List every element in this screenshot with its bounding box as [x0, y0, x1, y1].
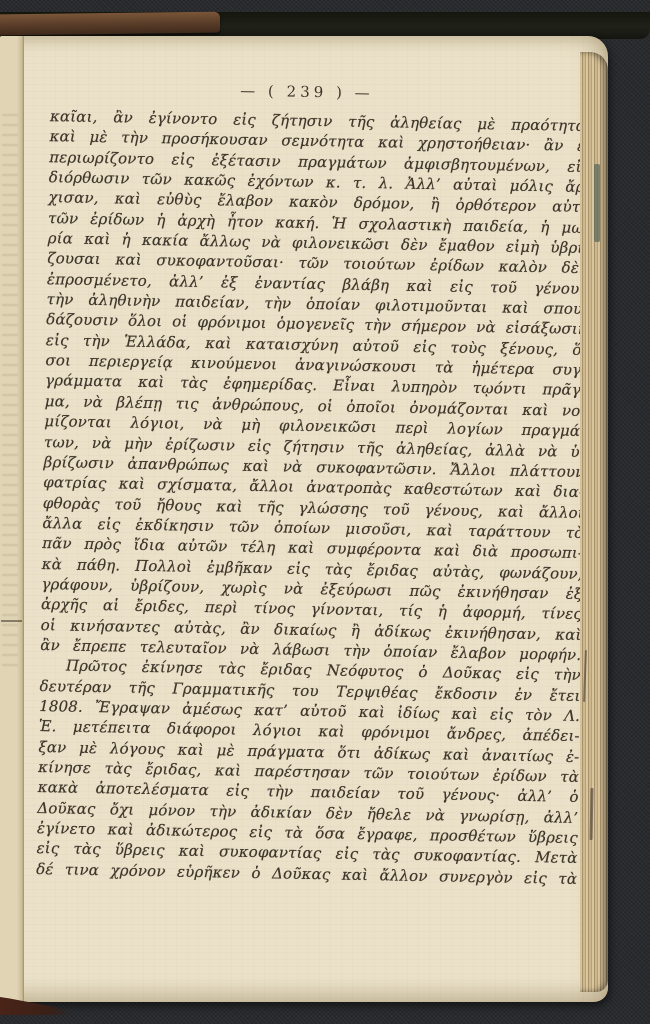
- gutter-rule-mark: [1, 620, 22, 622]
- page-edge-shadow: [594, 164, 600, 242]
- paragraph: καῖαι, ἂν ἐγίνοντο εἰς ζήτησιν τῆς ἀληθε…: [40, 106, 591, 665]
- facing-page-edge: [0, 36, 24, 1002]
- book-page: — ( 239 ) — καῖαι, ἂν ἐγίνοντο εἰς ζήτησ…: [0, 36, 608, 1002]
- printed-text-area: — ( 239 ) — καῖαι, ἂν ἐγίνοντο εἰς ζήτησ…: [36, 76, 592, 889]
- paragraph: Πρῶτος ἐκίνησε τὰς ἔριδας Νεόφυτος ὁ Δοῦ…: [36, 655, 581, 889]
- leather-spine-edge: [0, 12, 220, 36]
- body-text: καῖαι, ἂν ἐγίνοντο εἰς ζήτησιν τῆς ἀληθε…: [36, 106, 591, 889]
- ink-bleed-marks: [2, 106, 18, 666]
- page-edges-stack: [580, 52, 608, 992]
